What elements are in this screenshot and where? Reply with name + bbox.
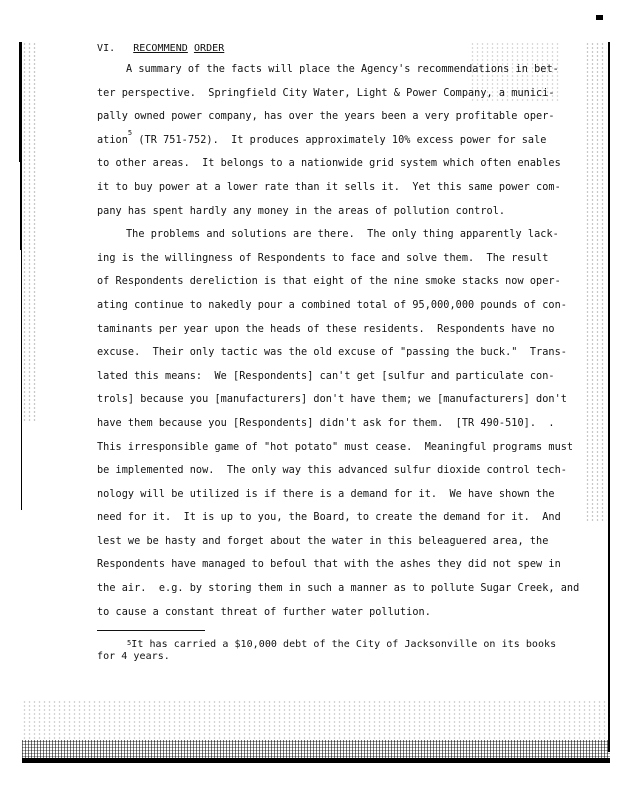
scan-border-bottom: [22, 758, 610, 763]
text-line: lest we be hasty and forget about the wa…: [97, 530, 567, 554]
page-corner-mark: [596, 15, 603, 20]
scan-border-right: [608, 42, 610, 752]
text-line: be implemented now. The only way this ad…: [97, 459, 567, 483]
text-line: This irresponsible game of "hot potato" …: [97, 436, 567, 460]
text-line: ation5 (TR 751-752). It produces approxi…: [97, 129, 567, 153]
footnote-line: 5It has carried a $10,000 debt of the Ci…: [97, 639, 567, 651]
section-number: VI.: [97, 43, 115, 54]
footnote-divider: [97, 630, 205, 631]
text-line: have them because you [Respondents] didn…: [97, 412, 567, 436]
text-line: pany has spent hardly any money in the a…: [97, 200, 567, 224]
text-line: pally owned power company, has over the …: [97, 105, 567, 129]
text-line: to cause a constant threat of further wa…: [97, 601, 567, 625]
text-line: The problems and solutions are there. Th…: [97, 223, 567, 247]
section-heading: VI.RECOMMEND ORDER: [97, 40, 567, 58]
text-line: trols] because you [manufacturers] don't…: [97, 388, 567, 412]
text-line: ing is the willingness of Respondents to…: [97, 247, 567, 271]
text-line: excuse. Their only tactic was the old ex…: [97, 341, 567, 365]
footnote: 5It has carried a $10,000 debt of the Ci…: [97, 639, 567, 663]
paragraph-1: A summary of the facts will place the Ag…: [97, 58, 567, 223]
text-line: taminants per year upon the heads of the…: [97, 318, 567, 342]
text-line: need for it. It is up to you, the Board,…: [97, 506, 567, 530]
document-body: VI.RECOMMEND ORDER A summary of the fact…: [97, 40, 567, 663]
paragraph-2: The problems and solutions are there. Th…: [97, 223, 567, 624]
text-line: ter perspective. Springfield City Water,…: [97, 82, 567, 106]
text-line: A summary of the facts will place the Ag…: [97, 58, 567, 82]
text-line: Respondents have managed to befoul that …: [97, 553, 567, 577]
text-line: nology will be utilized is if there is a…: [97, 483, 567, 507]
scan-noise: [585, 42, 607, 522]
text-line: it to buy power at a lower rate than it …: [97, 176, 567, 200]
text-line: of Respondents dereliction is that eight…: [97, 270, 567, 294]
text-line: lated this means: We [Respondents] can't…: [97, 365, 567, 389]
text-fragment: ation: [97, 135, 128, 146]
footnote-text: It has carried a $10,000 debt of the Cit…: [131, 639, 556, 650]
section-title-word: ORDER: [194, 43, 224, 54]
section-title-word: RECOMMEND: [133, 43, 188, 54]
text-line: to other areas. It belongs to a nationwi…: [97, 152, 567, 176]
text-line: ating continue to nakedly pour a combine…: [97, 294, 567, 318]
scan-noise: [22, 42, 36, 422]
scan-noise: [22, 700, 610, 742]
footnote-line: for 4 years.: [97, 651, 567, 663]
text-fragment: (TR 751-752). It produces approximately …: [132, 135, 546, 146]
text-line: the air. e.g. by storing them in such a …: [97, 577, 567, 601]
